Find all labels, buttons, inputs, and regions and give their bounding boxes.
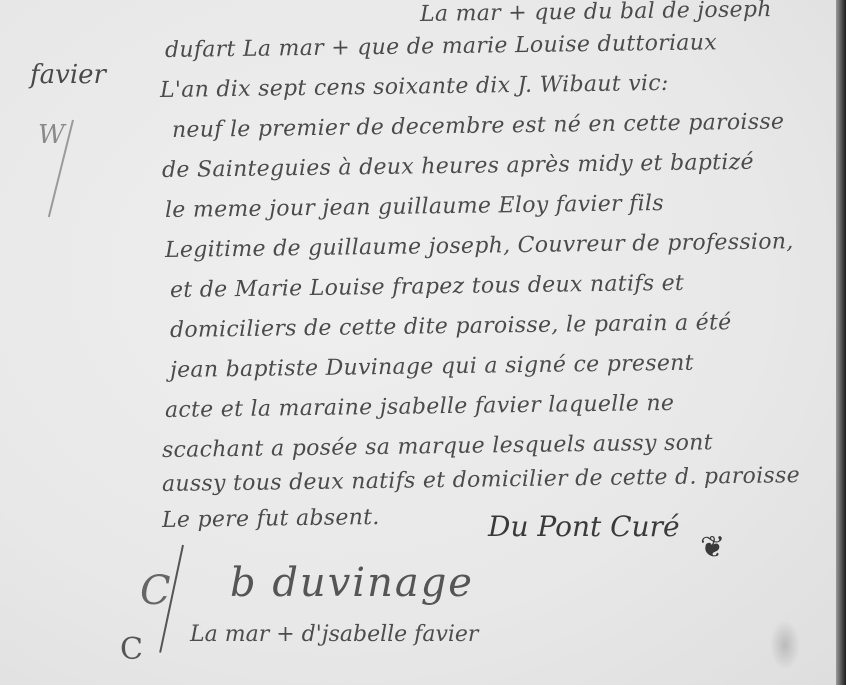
text-line-12: scachant a posée sa marque lesquels auss… xyxy=(162,430,713,463)
text-line-3: L'an dix sept cens soixante dix J. Wibau… xyxy=(160,71,669,103)
text-line-8: et de Marie Louise frapez tous deux nati… xyxy=(170,271,684,303)
signature-flourish: ❦ xyxy=(700,530,725,565)
text-line-10: jean baptiste Duvinage qui a signé ce pr… xyxy=(170,351,694,383)
marraine-mark: La mar + d'jsabelle favier xyxy=(190,622,478,647)
register-page: favier W La mar + que du bal de joseph d… xyxy=(0,0,836,685)
text-line-14: Le pere fut absent. xyxy=(162,505,380,533)
text-line-13: aussy tous deux natifs et domicilier de … xyxy=(162,463,800,497)
text-line-9: domiciliers de cette dite paroisse, le p… xyxy=(170,310,732,343)
page-binding-edge xyxy=(836,0,846,685)
text-line-5: de Sainteguies à deux heures après midy … xyxy=(162,150,754,183)
signature-c-mark: C xyxy=(140,568,171,614)
margin-mark: W xyxy=(38,120,65,150)
text-line-7: Legitime de guillaume joseph, Couvreur d… xyxy=(165,229,794,263)
text-line-1: La mar + que du bal de joseph xyxy=(420,0,772,27)
ink-smudge xyxy=(770,620,800,670)
text-line-11: acte et la maraine jsabelle favier laque… xyxy=(165,391,675,423)
signature-cure: Du Pont Curé xyxy=(488,510,680,543)
margin-surname: favier xyxy=(30,60,106,90)
text-line-4: neuf le premier de decembre est né en ce… xyxy=(172,109,785,143)
margin-c: C xyxy=(120,632,143,667)
signature-parrain: b duvinage xyxy=(230,560,474,606)
text-line-6: le meme jour jean guillaume Eloy favier … xyxy=(165,191,664,223)
text-line-2: dufart La mar + que de marie Louise dutt… xyxy=(165,30,717,63)
